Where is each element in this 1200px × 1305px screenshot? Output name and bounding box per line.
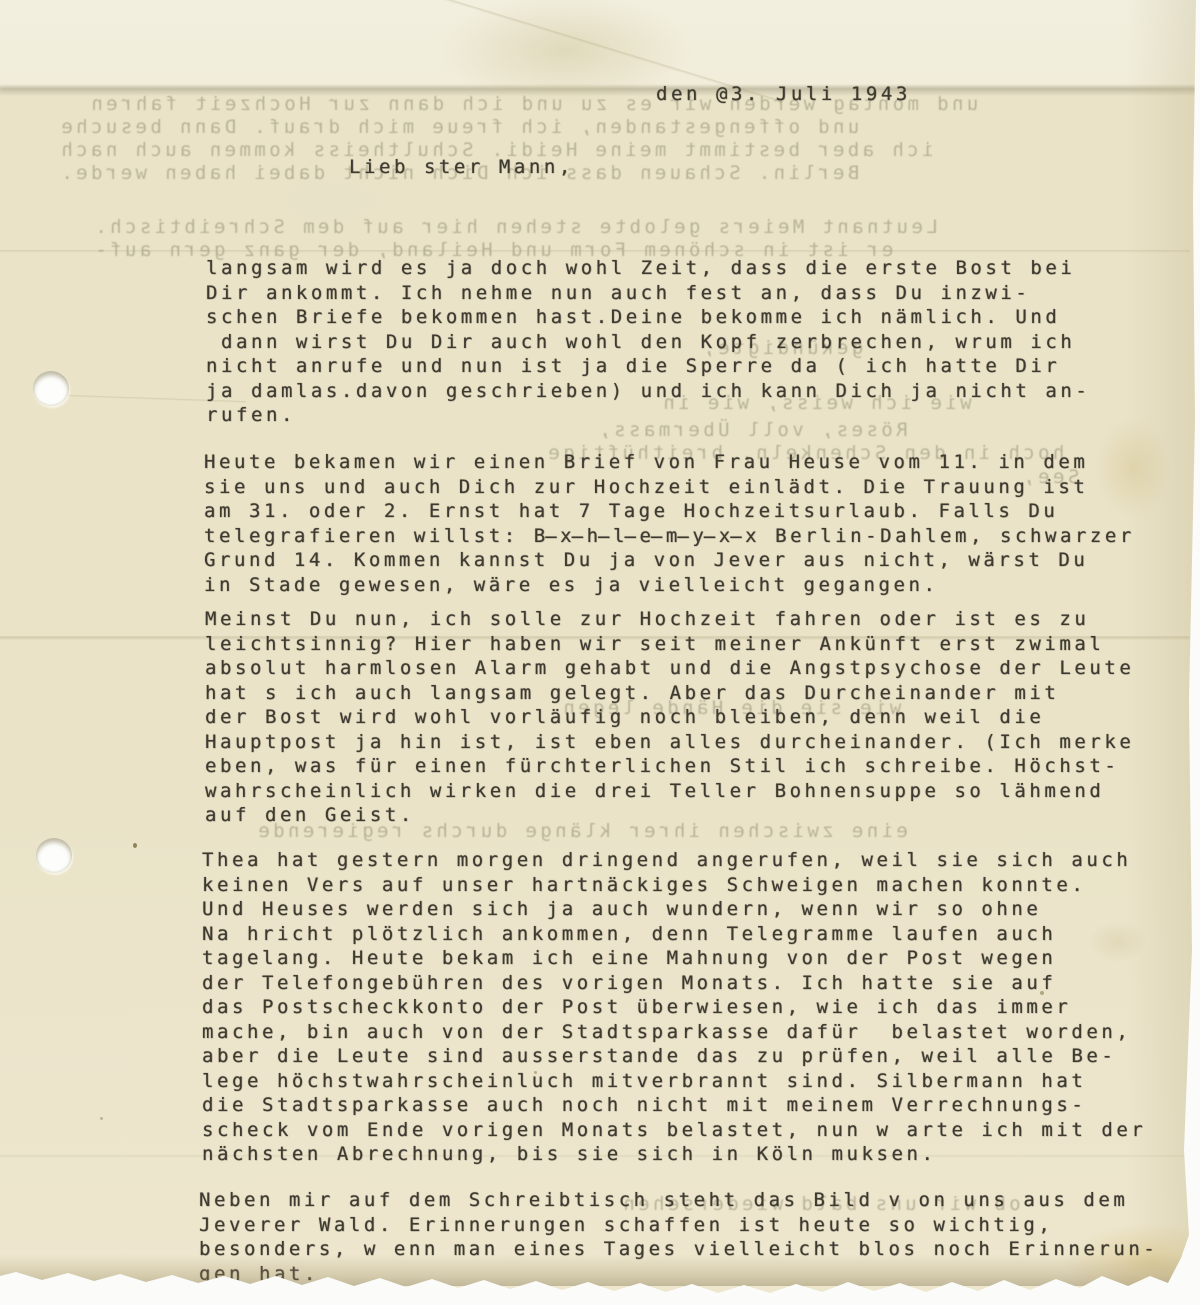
paper-sheet: und montag werden wir es zu und ich dann… xyxy=(0,0,1200,1305)
letter-paragraph: Heute bekamen wir einen Brief von Frau H… xyxy=(204,450,1135,597)
salutation: Lieb ster Mann, xyxy=(349,155,574,180)
letter-scan: und montag werden wir es zu und ich dann… xyxy=(0,0,1200,1305)
date-line: den @3. Juli 1943 xyxy=(656,82,911,107)
letter-paragraph: Meinst Du nun, ich solle zur Hochzeit fa… xyxy=(205,607,1134,828)
typed-text-layer: den @3. Juli 1943 Lieb ster Mann, langsa… xyxy=(0,0,1196,1290)
letter-paragraph: Thea hat gestern morgen dringend angeruf… xyxy=(202,848,1146,1167)
letter-paragraph: langsam wird es ja doch wohl Zeit, dass … xyxy=(206,256,1090,428)
torn-edge-shadow xyxy=(0,1254,1200,1286)
